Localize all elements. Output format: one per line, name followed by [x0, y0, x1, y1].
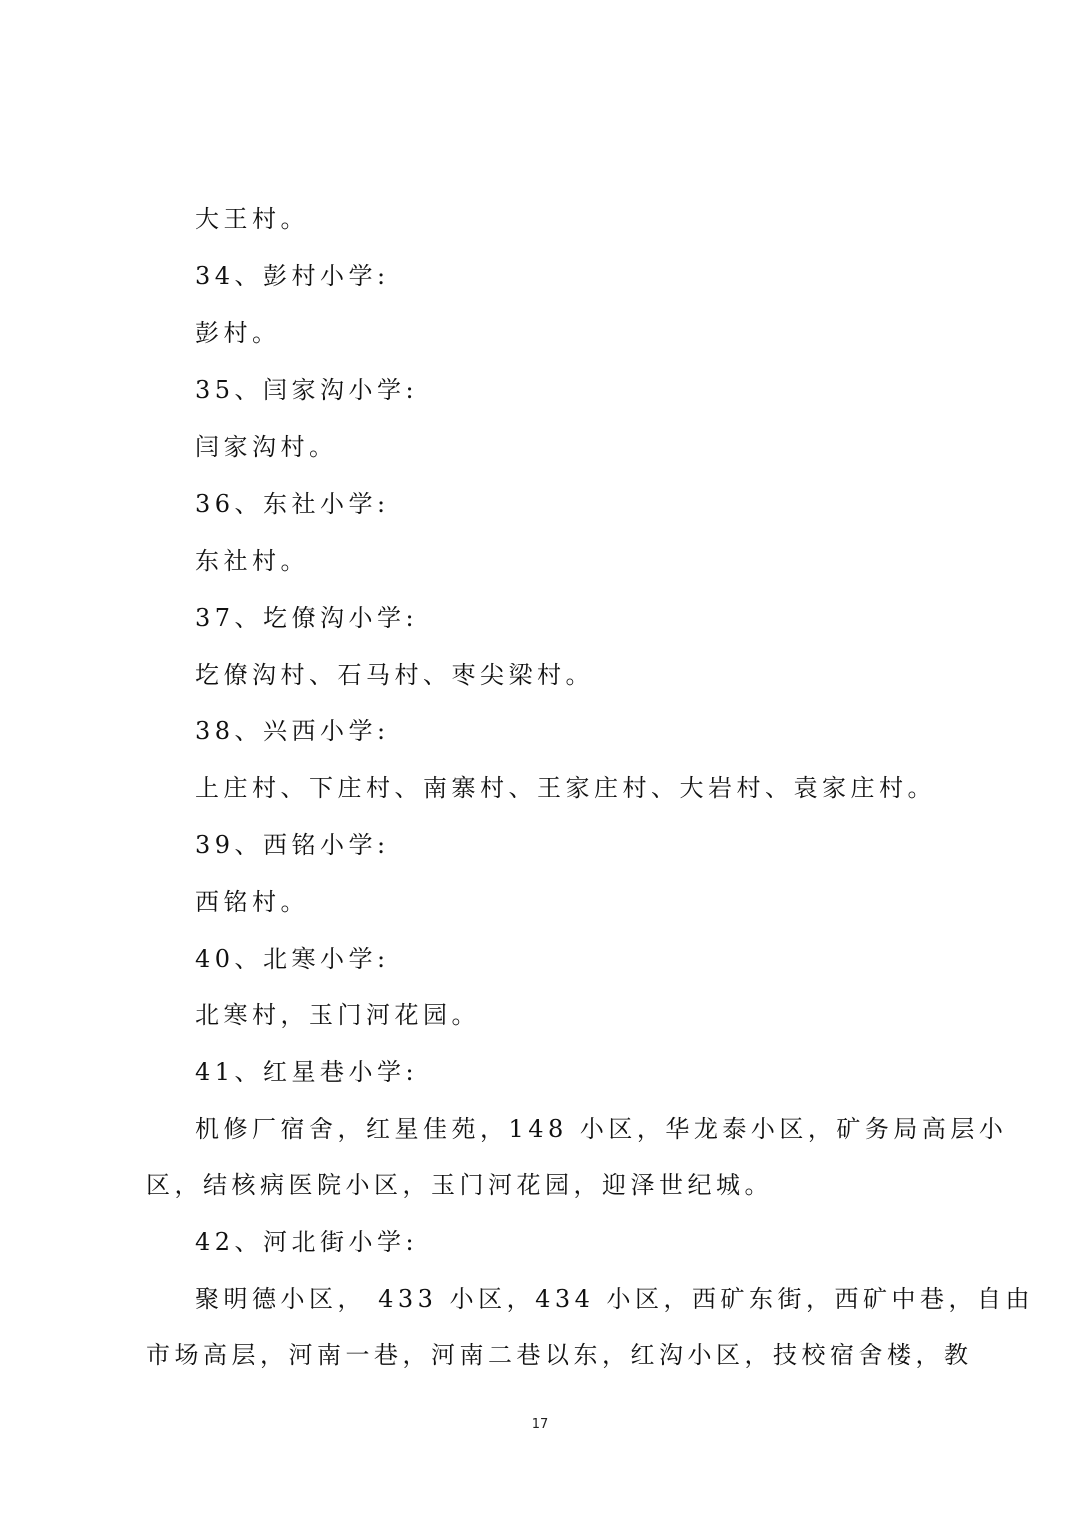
school-area-37: 圪僚沟村、石马村、枣尖梁村。 — [195, 660, 594, 717]
document-page: 大王村。 34、彭村小学: 彭村。 35、闫家沟小学: 闫家沟村。 36、东社小… — [0, 0, 1080, 1527]
school-heading-39: 39、西铭小学: — [195, 830, 390, 887]
page-number: 17 — [0, 1417, 1080, 1432]
school-heading-36: 36、东社小学: — [195, 489, 390, 546]
school-area-41-line-2: 区，结核病医院小区，玉门河花园，迎泽世纪城。 — [146, 1170, 773, 1227]
continuation-text: 大王村。 — [195, 204, 309, 261]
school-heading-41: 41、红星巷小学: — [195, 1057, 418, 1114]
school-area-39: 西铭村。 — [195, 887, 309, 944]
school-area-38: 上庄村、下庄村、南寨村、王家庄村、大岩村、袁家庄村。 — [195, 773, 936, 830]
school-heading-37: 37、圪僚沟小学: — [195, 603, 418, 660]
school-area-35: 闫家沟村。 — [195, 432, 338, 489]
school-area-42-line-2: 市场高层，河南一巷，河南二巷以东，红沟小区，技校宿舍楼，教 — [146, 1340, 973, 1397]
school-heading-40: 40、北寒小学: — [195, 944, 390, 1001]
school-area-34: 彭村。 — [195, 318, 281, 375]
school-heading-34: 34、彭村小学: — [195, 261, 390, 318]
school-area-36: 东社村。 — [195, 546, 309, 603]
school-heading-38: 38、兴西小学: — [195, 716, 390, 773]
school-area-40: 北寒村，玉门河花园。 — [195, 1000, 480, 1057]
school-heading-42: 42、河北街小学: — [195, 1227, 418, 1284]
school-heading-35: 35、闫家沟小学: — [195, 375, 418, 432]
school-area-42-line-1: 聚明德小区， 433 小区，434 小区，西矿东街，西矿中巷，自由 — [195, 1284, 1034, 1341]
school-area-41-line-1: 机修厂宿舍，红星佳苑，148 小区，华龙泰小区，矿务局高层小 — [195, 1114, 1007, 1171]
